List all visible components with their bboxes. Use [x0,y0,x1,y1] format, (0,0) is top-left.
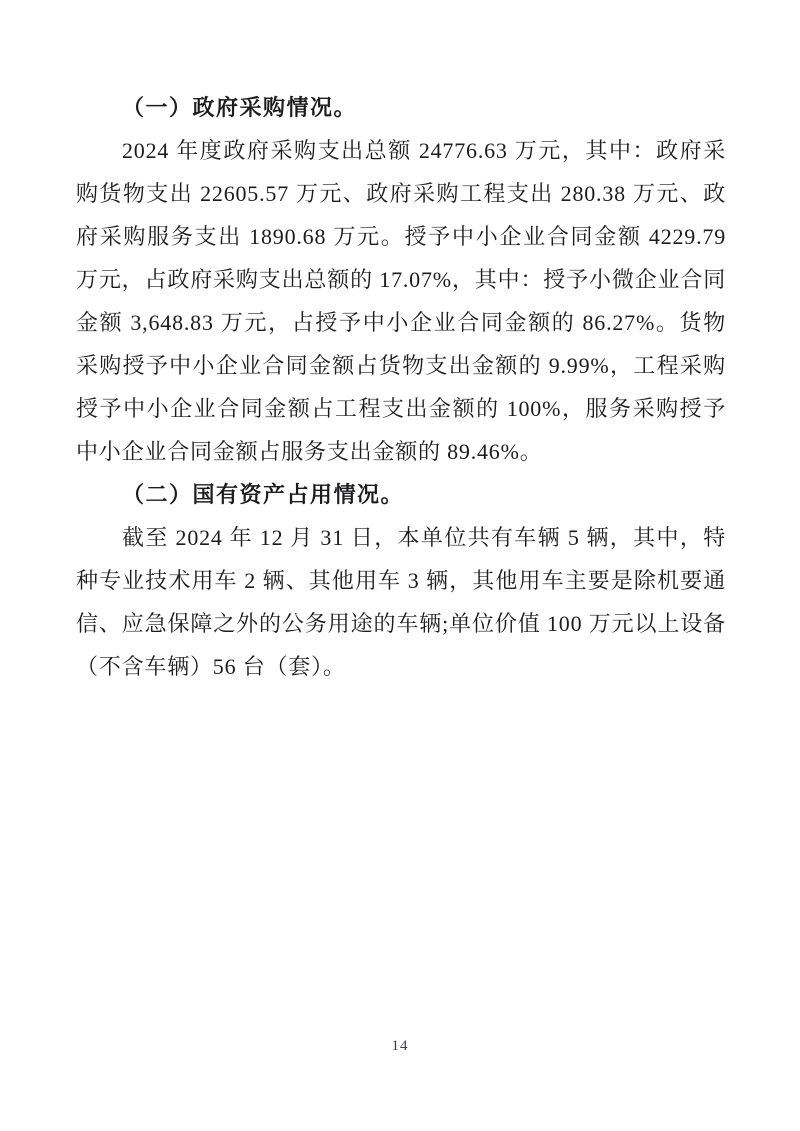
document-page: （一）政府采购情况。 2024 年度政府采购支出总额 24776.63 万元，其… [0,0,800,1131]
section-heading-state-asset-usage: （二）国有资产占用情况。 [76,473,726,516]
page-content: （一）政府采购情况。 2024 年度政府采购支出总额 24776.63 万元，其… [76,86,726,688]
paragraph-government-procurement: 2024 年度政府采购支出总额 24776.63 万元，其中：政府采购货物支出 … [76,129,726,473]
page-number: 14 [0,1036,800,1056]
section-heading-government-procurement: （一）政府采购情况。 [76,86,726,129]
paragraph-state-asset-usage: 截至 2024 年 12 月 31 日，本单位共有车辆 5 辆，其中，特种专业技… [76,516,726,688]
